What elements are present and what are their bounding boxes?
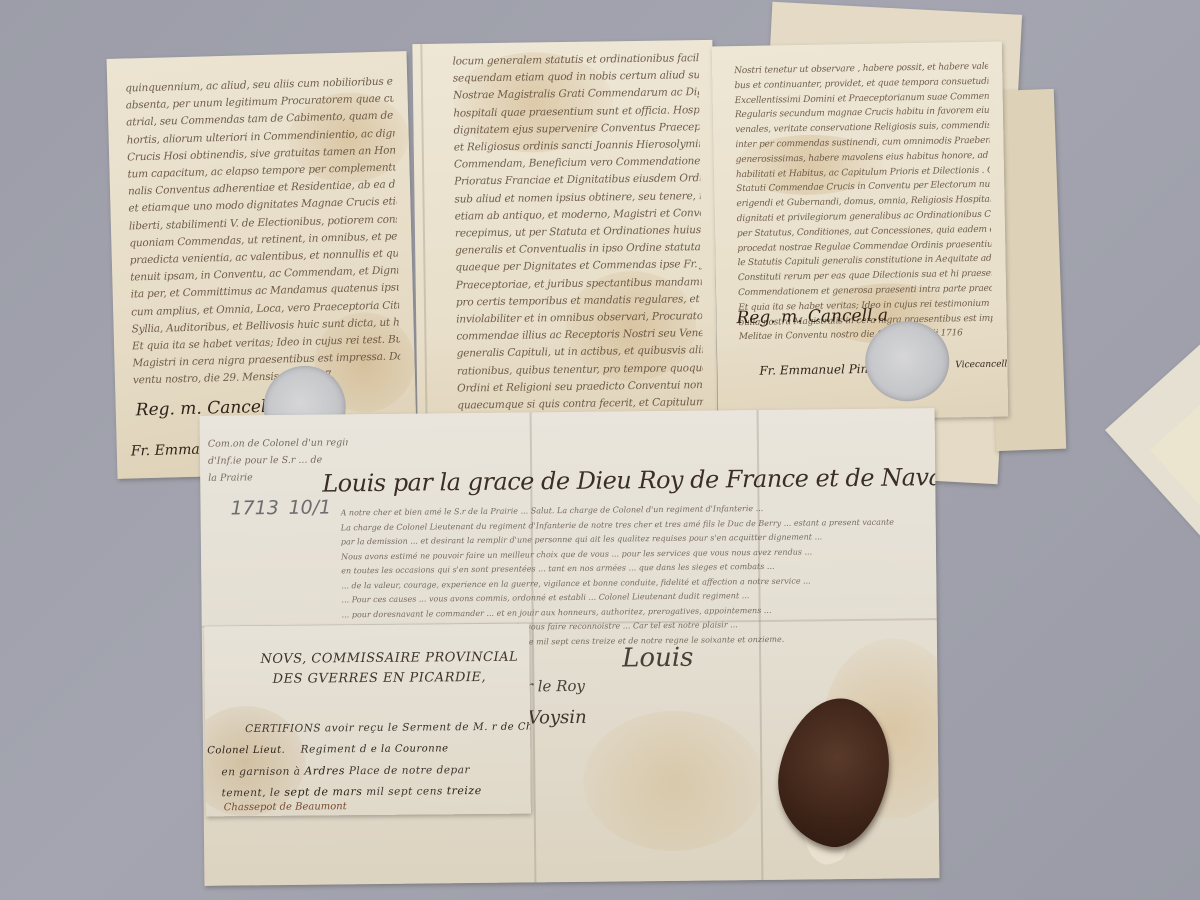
signature-pinto: Fr. Emmanuel Pinto bbox=[759, 362, 880, 378]
printed-text: en garnison à bbox=[221, 766, 300, 779]
oath-certificate-picardie: NOVS, COMMISSAIRE PROVINCIAL DES GVERRES… bbox=[204, 624, 531, 817]
middle-letter-text: locum generalem statutis et ordinationib… bbox=[452, 50, 703, 429]
certificate-line-1: CERTIFIONS avoir reçu le Serment de M. r… bbox=[245, 720, 531, 735]
pencil-note-year: 1713 bbox=[230, 497, 279, 520]
printed-text: Regiment d bbox=[301, 743, 368, 756]
pencil-note-number: 10/1 bbox=[288, 496, 331, 518]
handwritten-rank: Colonel Lieut. bbox=[207, 745, 285, 757]
royal-heading: Louis par la grace de Dieu Roy de France… bbox=[322, 463, 939, 498]
certificate-line-2: Colonel Lieut. Regiment d e la Couronne bbox=[207, 742, 448, 756]
certificate-line-3: en garnison à Ardres Place de notre depa… bbox=[221, 763, 470, 778]
handwritten-year: treize bbox=[447, 784, 482, 797]
printed-text: tement, le bbox=[222, 787, 281, 800]
right-latin-letter: Nostri tenetur ut observare , habere pos… bbox=[712, 41, 1009, 421]
signature-chancellor: Reg. m. Cancell.a bbox=[736, 306, 888, 329]
handwritten-name: r de Chérisi bbox=[492, 721, 531, 733]
embossed-paper-seal bbox=[865, 320, 950, 401]
signature-voysin: Voysin bbox=[528, 707, 587, 729]
certificate-signature: Chassepot de Beaumont bbox=[224, 801, 347, 813]
certificate-title-line-1: NOVS, COMMISSAIRE PROVINCIAL bbox=[260, 650, 518, 667]
marginal-note-line: d'Inf.ie pour le S.r ... de bbox=[208, 451, 348, 469]
handwritten-date: sept de mars bbox=[284, 785, 362, 799]
date-line: Melitae in Conventu nostro die 6 mensis … bbox=[739, 326, 993, 345]
middle-latin-letter: locum generalem statutis et ordinationib… bbox=[412, 40, 717, 429]
marginal-note-line: Com.on de Colonel d'un regiment bbox=[208, 434, 348, 452]
signature-louis: Louis bbox=[622, 643, 694, 674]
printed-text: mil sept cens bbox=[366, 785, 443, 798]
handwritten-regiment: e la Couronne bbox=[371, 743, 449, 755]
left-letter-text: quinquennium, ac aliud, seu aliis cum no… bbox=[125, 74, 401, 391]
printed-text: Place de notre depar bbox=[349, 764, 470, 777]
printed-text: CERTIFIONS avoir reçu le Serment de M. bbox=[245, 721, 488, 735]
handwritten-place: Ardres bbox=[304, 764, 345, 777]
certificate-line-4: tement, le sept de mars mil sept cens tr… bbox=[222, 784, 482, 799]
signature-vicechancellor: Vicecancell.s bbox=[955, 359, 1008, 370]
certificate-title-line-2: DES GVERRES EN PICARDIE, bbox=[273, 670, 487, 687]
right-letter-text: Nostri tenetur ut observare , habere pos… bbox=[734, 60, 993, 346]
